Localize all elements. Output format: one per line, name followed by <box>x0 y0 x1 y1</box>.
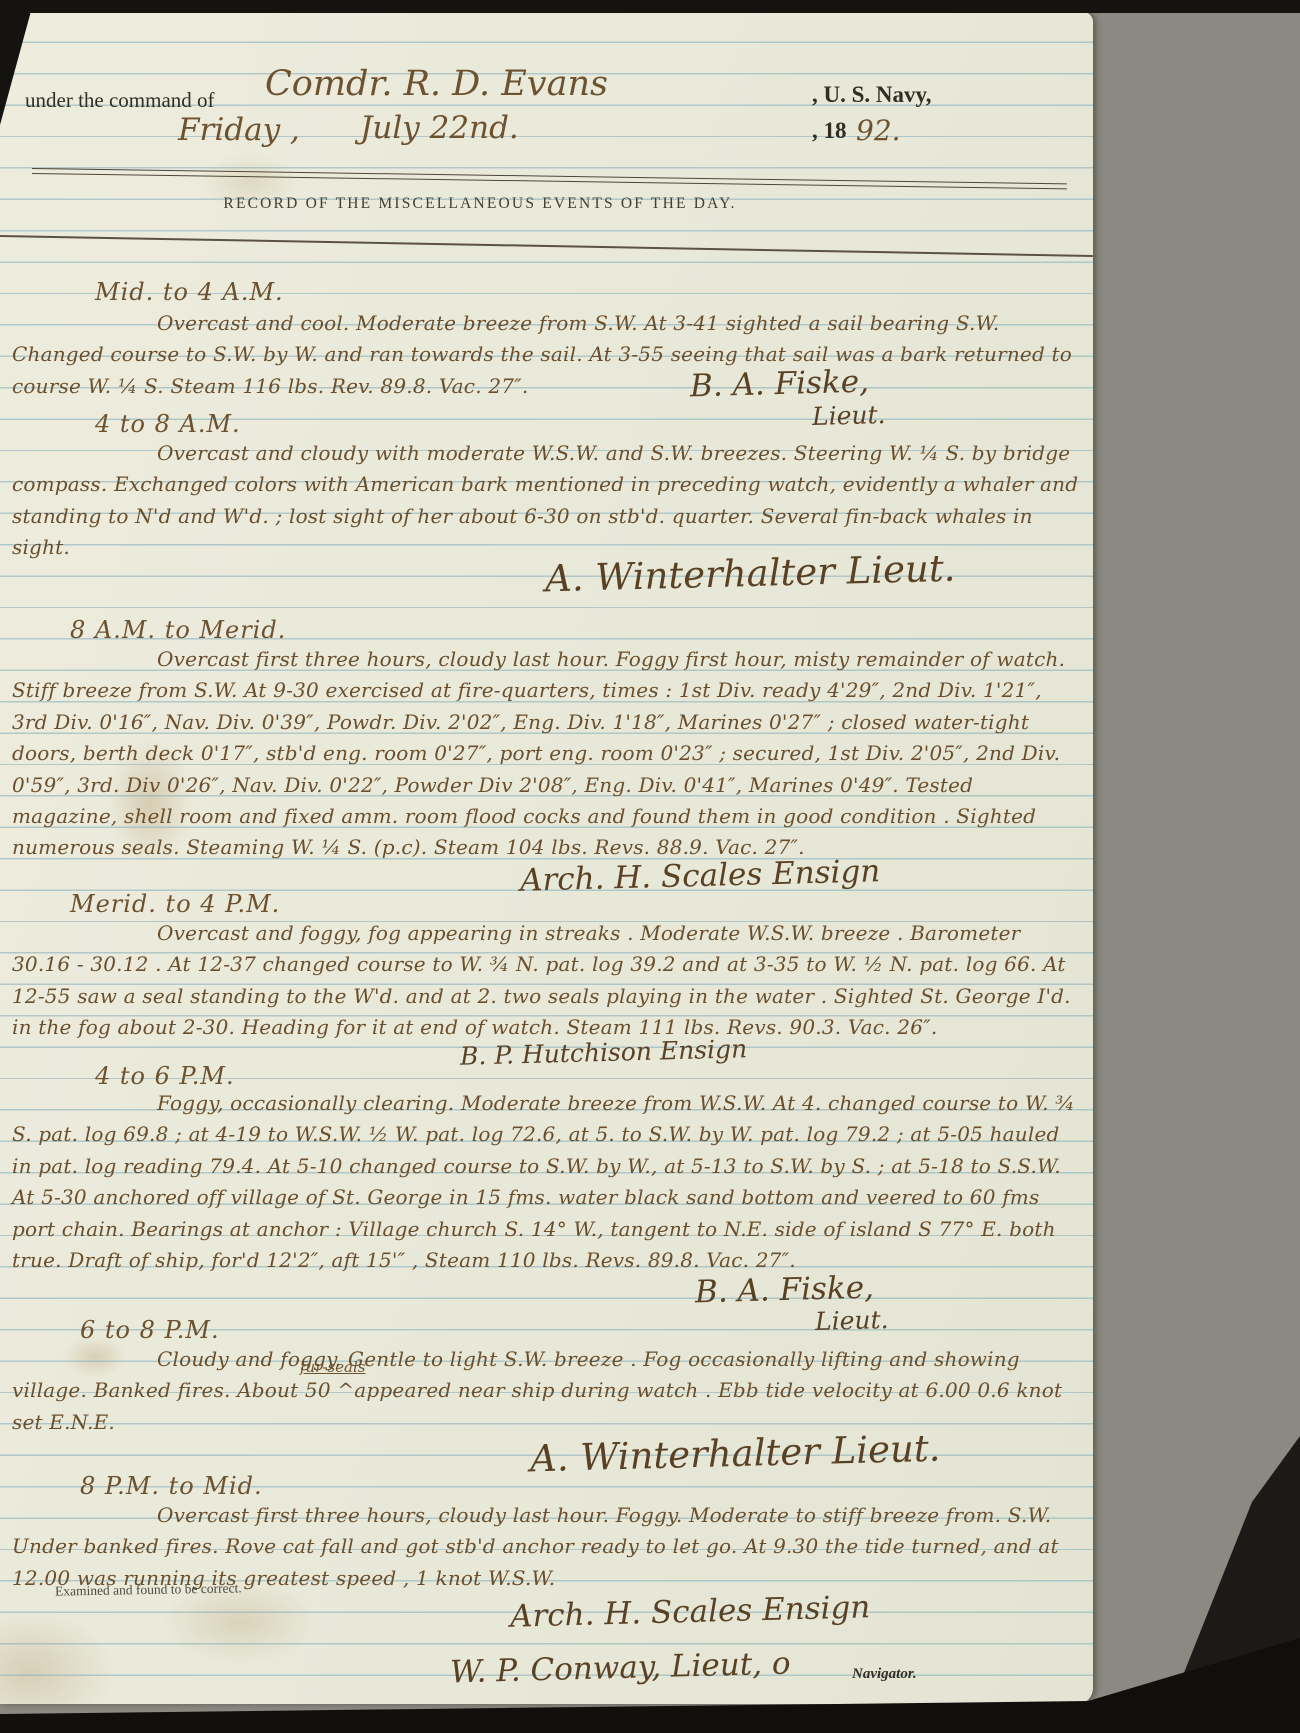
inserted-word-fur-seals: fur-seals <box>300 1358 365 1376</box>
signature-fiske-2-rank: Lieut. <box>815 1305 889 1336</box>
log-year: 92. <box>856 114 901 147</box>
scan-top-border <box>0 0 1300 13</box>
entry-body-8am-to-merid: Overcast first three hours, cloudy last … <box>12 644 1080 864</box>
printed-command-prefix: under the command of <box>25 88 215 113</box>
printed-examined-note: Examined and found to be correct. <box>55 1580 242 1599</box>
entry-heading-8am-to-merid: 8 A.M. to Merid. <box>70 616 286 644</box>
entry-heading-4-to-8am: 4 to 8 A.M. <box>95 410 241 438</box>
commander-name: Comdr. R. D. Evans <box>265 64 608 104</box>
signature-fiske-1-rank: Lieut. <box>812 400 886 431</box>
signature-conway-navigator: W. P. Conway, Lieut, o <box>450 1646 791 1691</box>
logbook-page: under the command of Comdr. R. D. Evans … <box>0 12 1093 1704</box>
printed-navigator-label: Navigator. <box>852 1666 917 1683</box>
signature-scales-2: Arch. H. Scales Ensign <box>510 1589 871 1634</box>
signature-fiske-2: B. A. Fiske, <box>695 1270 875 1311</box>
entry-body-merid-to-4pm: Overcast and foggy, fog appearing in str… <box>12 918 1080 1044</box>
log-date: July 22nd. <box>360 110 519 146</box>
entry-heading-merid-to-4pm: Merid. to 4 P.M. <box>70 890 280 918</box>
printed-year-prefix: , 18 <box>812 118 847 144</box>
entry-heading-mid-to-4am: Mid. to 4 A.M. <box>95 278 284 306</box>
header-double-rule <box>32 168 1067 189</box>
entry-body-8pm-to-mid: Overcast first three hours, cloudy last … <box>12 1500 1080 1594</box>
entry-body-4-to-8am: Overcast and cloudy with moderate W.S.W.… <box>12 438 1080 564</box>
events-section-title: RECORD OF THE MISCELLANEOUS EVENTS OF TH… <box>0 195 960 213</box>
printed-us-navy: , U. S. Navy, <box>812 82 932 108</box>
entry-heading-8pm-to-mid: 8 P.M. to Mid. <box>80 1472 263 1500</box>
entry-body-4-to-6pm: Foggy, occasionally clearing. Moderate b… <box>12 1088 1080 1276</box>
entry-body-6-to-8pm: Cloudy and foggy. Gentle to light S.W. b… <box>12 1344 1080 1438</box>
entry-heading-4-to-6pm: 4 to 6 P.M. <box>95 1062 235 1090</box>
signature-fiske-1: B. A. Fiske, <box>690 364 870 405</box>
signature-hutchison: B. P. Hutchison Ensign <box>460 1034 748 1071</box>
header-single-rule <box>0 235 1093 257</box>
entry-body-mid-to-4am: Overcast and cool. Moderate breeze from … <box>12 308 1080 402</box>
scanned-logbook-image: under the command of Comdr. R. D. Evans … <box>0 0 1300 1733</box>
log-day: Friday , <box>178 112 300 148</box>
entry-heading-6-to-8pm: 6 to 8 P.M. <box>80 1316 220 1344</box>
